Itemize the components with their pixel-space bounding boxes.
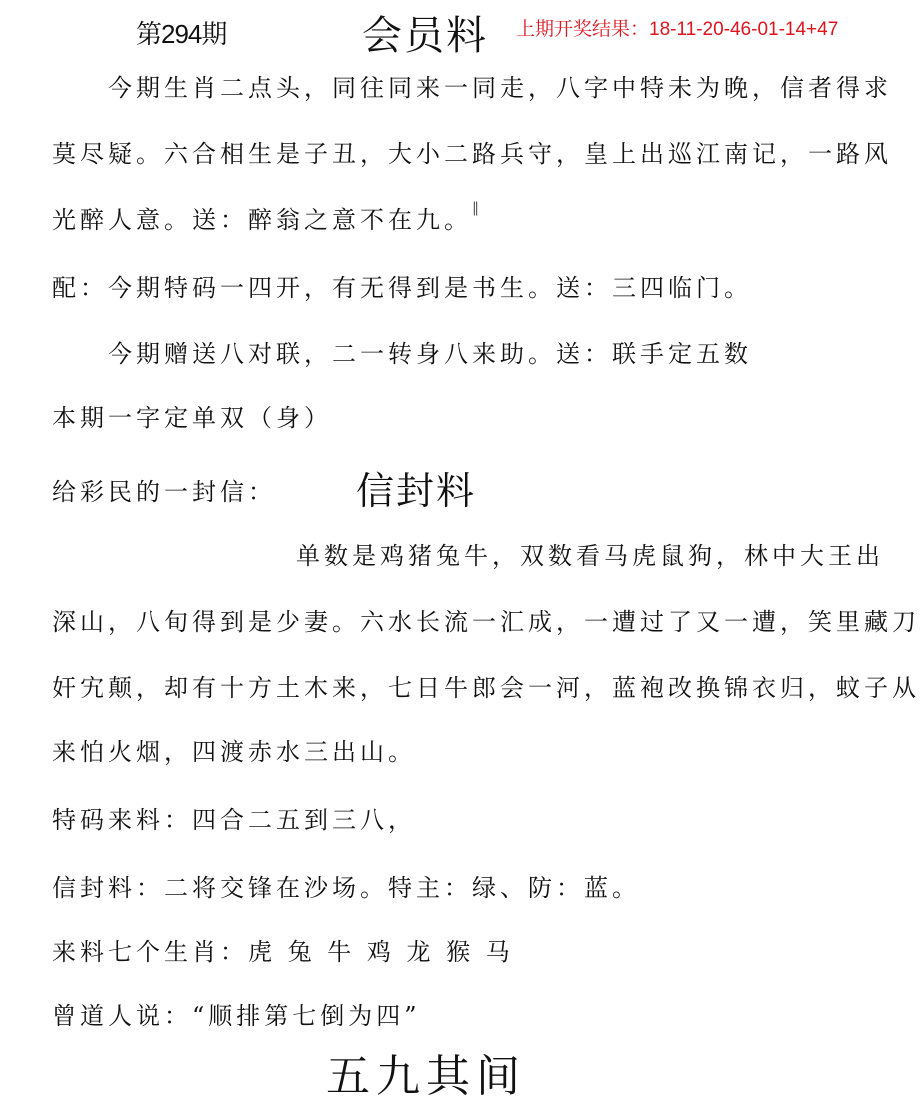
member-line-4: 配：今期特码一四开，有无得到是书生。送：三四临门。 xyxy=(52,268,752,303)
member-line-2: 莫尽疑。六合相生是子丑，大小二路兵守，皇上出巡江南记，一路风 xyxy=(52,134,892,169)
letter-line-1: 单数是鸡猪兔牛，双数看马虎鼠狗，林中大王出 xyxy=(296,536,884,571)
member-line-1: 今期生肖二点头，同往同来一同走，八字中特未为晚，信者得求 xyxy=(108,68,892,103)
envelope-line: 信封料：二将交锋在沙场。特主：绿、防：蓝。 xyxy=(52,868,640,903)
seven-zodiacs-label: 来料七个生肖： xyxy=(52,938,248,966)
member-line-3: 光醉人意。送：醉翁之意不在九。‖ xyxy=(52,200,483,235)
last-result-label: 上期开奖结果： xyxy=(516,19,649,40)
letter-line-3: 奸宄颠，却有十方土木来，七日牛郎会一河，蓝袍改换锦衣归，蚊子从 xyxy=(52,668,920,703)
final-phrase: 五九其间 xyxy=(326,1040,526,1104)
seven-zodiacs-line: 来料七个生肖：虎 兔 牛 鸡 龙 猴 马 xyxy=(52,932,514,967)
letter-line-4: 来怕火烟，四渡赤水三出山。 xyxy=(52,732,416,767)
last-draw-result: 上期开奖结果：18-11-20-46-01-14+47 xyxy=(516,14,838,41)
special-code-line: 特码来料：四合二五到三八， xyxy=(52,800,416,835)
last-result-numbers: 18-11-20-46-01-14+47 xyxy=(649,19,838,40)
letter-intro: 给彩民的一封信： xyxy=(52,472,276,507)
letter-line-2: 深山，八旬得到是少妻。六水长流一汇成，一遭过了又一遭，笑里藏刀 xyxy=(52,602,920,637)
page-title: 会员料 xyxy=(362,4,488,61)
member-line-3-text: 光醉人意。送：醉翁之意不在九。 xyxy=(52,206,472,234)
letter-section-title: 信封料 xyxy=(356,460,476,515)
stray-mark: ‖ xyxy=(472,200,483,216)
issue-number: 第294期 xyxy=(136,14,226,51)
taoist-saying-line: 曾道人说：“顺排第七倒为四” xyxy=(52,996,421,1031)
member-line-6: 本期一字定单双（身） xyxy=(52,398,332,433)
seven-zodiacs-values: 虎 兔 牛 鸡 龙 猴 马 xyxy=(248,938,514,966)
member-line-5: 今期赠送八对联，二一转身八来助。送：联手定五数 xyxy=(108,334,752,369)
